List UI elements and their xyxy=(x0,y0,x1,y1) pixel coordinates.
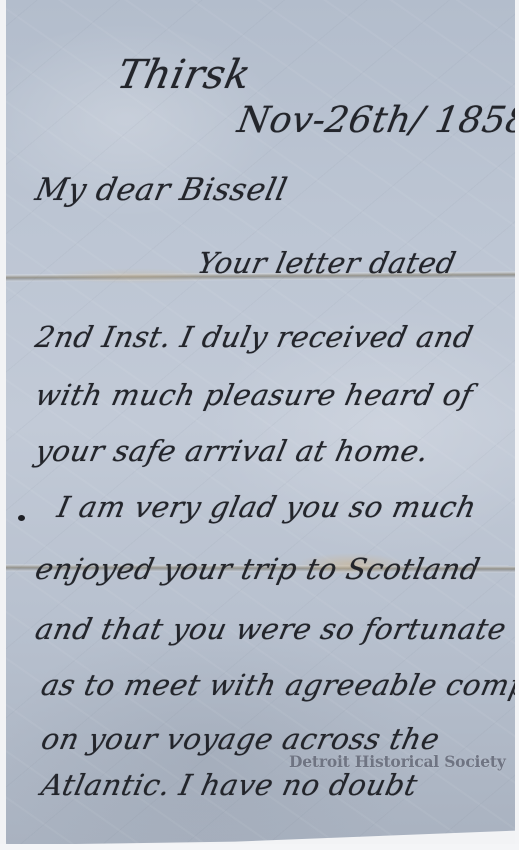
letter-line: 2nd Inst. I duly received and xyxy=(32,320,476,354)
letter-line: I am very glad you so much xyxy=(54,490,479,524)
letter-line: Your letter dated xyxy=(194,246,459,280)
letter-line: and that you were so fortunate xyxy=(32,612,509,646)
letter-line: Atlantic. I have no doubt xyxy=(38,768,420,802)
scanned-letter-frame: Thirsk Nov-26th/ 1858 My dear Bissell Yo… xyxy=(0,0,519,850)
letter-line: as to meet with agreeable companions xyxy=(38,668,519,702)
letter-line: enjoyed your trip to Scotland xyxy=(32,552,483,586)
letter-line: on your voyage across the xyxy=(38,722,442,756)
letter-line: your safe arrival at home. xyxy=(32,434,432,468)
scan-margin-right xyxy=(515,0,519,850)
ink-spot xyxy=(18,515,25,521)
letter-salutation: My dear Bissell xyxy=(32,172,290,208)
watermark-detroit-historical-society: Detroit Historical Society xyxy=(289,752,506,771)
letter-line: with much pleasure heard of xyxy=(32,378,476,412)
letter-place: Thirsk xyxy=(113,52,255,98)
letter-paper: Thirsk Nov-26th/ 1858 My dear Bissell Yo… xyxy=(6,0,515,845)
letter-date: Nov-26th/ 1858 xyxy=(234,100,519,141)
scan-margin-bottom xyxy=(0,844,519,850)
